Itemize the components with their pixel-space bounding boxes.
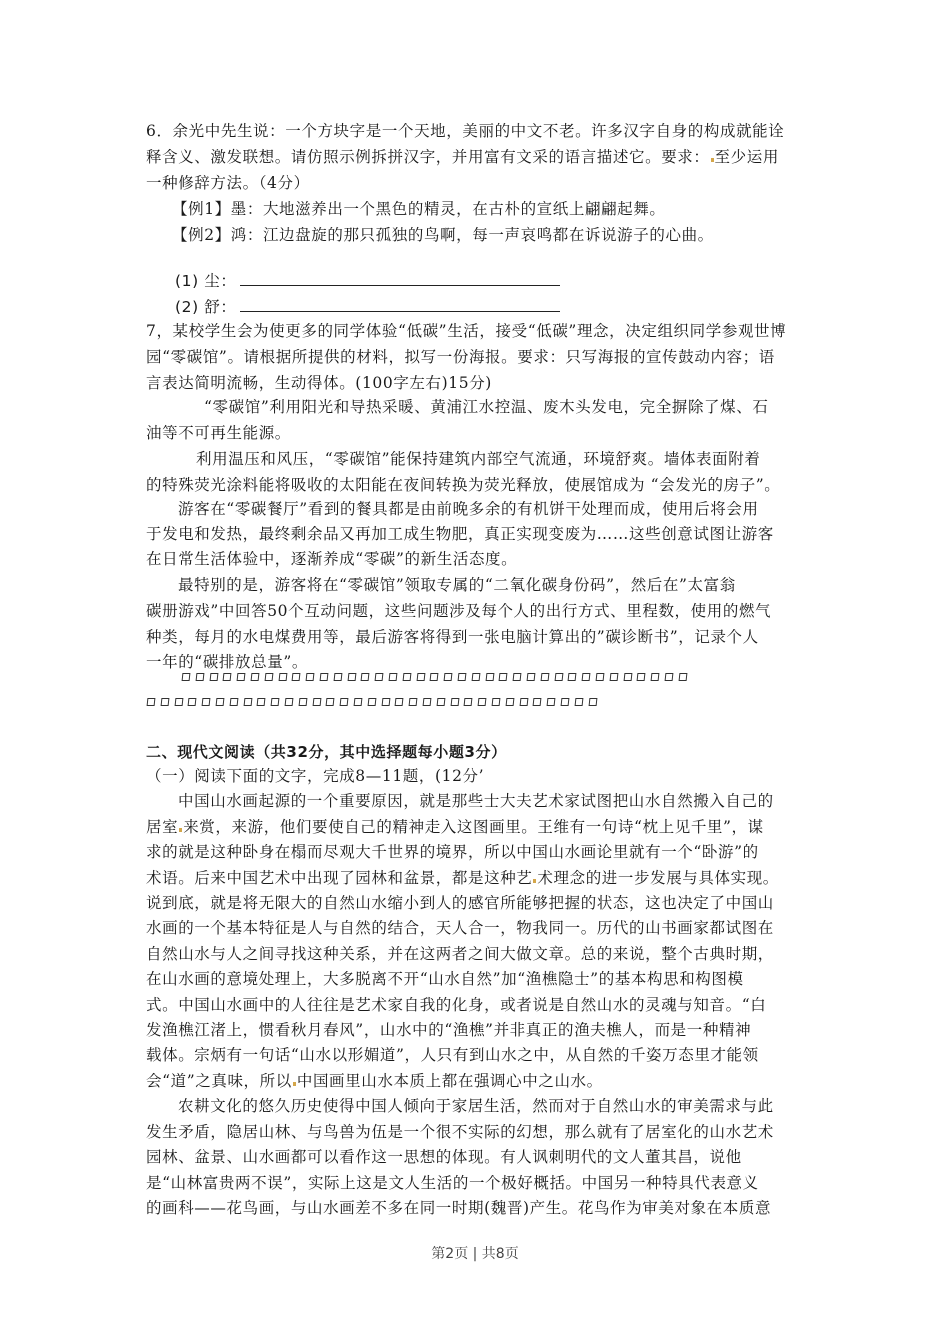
answer-box[interactable] — [637, 673, 646, 681]
q6-answer-2: (2) 舒： — [175, 295, 835, 319]
answer-box[interactable] — [416, 673, 425, 681]
answer-box[interactable] — [540, 673, 549, 681]
answer-box[interactable] — [147, 698, 156, 706]
answer-box[interactable] — [450, 698, 459, 706]
answer-box[interactable] — [651, 673, 660, 681]
q7-material-6: 于发电和发热，最终剩余品又再加工成生物肥，真正实现变废为……这些创意试图让游客 — [146, 522, 806, 546]
q6-line-2-text: 释含义、激发联想。请仿照示例拆拼汉字，并用富有文采的语言描述它。要求： — [146, 148, 710, 166]
page-footer: 第2页 | 共8页 — [0, 1243, 950, 1263]
answer-box[interactable] — [375, 673, 384, 681]
passage-line-12: 会“道”之真味，所以中国画里山水本质上都在强调心中之山水。 — [146, 1069, 806, 1093]
answer-box[interactable] — [271, 698, 280, 706]
answer-box[interactable] — [527, 673, 536, 681]
answer-box[interactable] — [574, 698, 583, 706]
passage-line-9: 式。中国山水画中的人往往是艺术家自我的化身，或者说是自然山水的灵魂与知音。“白 — [146, 993, 806, 1017]
q6-answer-2-blank[interactable] — [240, 297, 560, 312]
answer-box[interactable] — [182, 673, 191, 681]
answer-box[interactable] — [560, 698, 569, 706]
answer-box[interactable] — [444, 673, 453, 681]
answer-box[interactable] — [381, 698, 390, 706]
passage-line-6: 水画的一个基本特征是人与自然的结合，天人合一，物我同一。历代的山书画家都试图在 — [146, 916, 806, 940]
answer-box[interactable] — [188, 698, 197, 706]
passage-text: 术理念的进一步发展与具体实现。 — [537, 869, 779, 887]
passage-line-7: 自然山水与人之间寻找这种关系，并在这两者之间大做文章。总的来说，整个古典时期， — [146, 942, 806, 966]
answer-box[interactable] — [361, 673, 370, 681]
answer-box[interactable] — [285, 698, 294, 706]
passage-line-13: 农耕文化的悠久历史使得中国人倾向于家居生活，然而对于自然山水的审美需求与此 — [178, 1094, 838, 1118]
q7-material-8: 最特别的是，游客将在“零碳馆”领取专属的“二氧化碳身份码”，然后在”太富翁 — [178, 573, 838, 597]
answer-box[interactable] — [320, 673, 329, 681]
answer-box[interactable] — [312, 698, 321, 706]
answer-box[interactable] — [519, 698, 528, 706]
passage-text: 中国画里山水本质上都在强调心中之山水。 — [297, 1072, 603, 1090]
highlight-mark — [293, 1082, 296, 1086]
q7-line-3: 言表达简明流畅，生动得体。(100字左右)15分) — [146, 371, 806, 395]
passage-line-1: 中国山水画起源的一个重要原因，就是那些士大夫艺术家试图把山水自然搬入自己的 — [178, 789, 838, 813]
q7-material-3: 利用温压和风压，“零碳馆”能保持建筑内部空气流通，环境舒爽。墙体表面附着 — [196, 447, 856, 471]
q6-answer-1: (1) 尘： — [175, 269, 835, 293]
section-2-heading: 二、现代文阅读（共32分，其中选择题每小题3分） — [146, 740, 806, 764]
answer-box[interactable] — [326, 698, 335, 706]
q6-answer-1-label: (1) 尘： — [175, 272, 236, 290]
answer-box[interactable] — [513, 673, 522, 681]
answer-box[interactable] — [237, 673, 246, 681]
q7-material-1: “零碳馆”利用阳光和导热采暖、黄浦江水控温、废木头发电，完全摒除了煤、石 — [204, 395, 864, 419]
document-page: 6．余光中先生说：一个方块字是一个天地，美丽的中文不老。许多汉字自身的构成就能诠… — [0, 0, 950, 1344]
answer-box[interactable] — [229, 698, 238, 706]
q6-line-3: 一种修辞方法。（4分） — [146, 171, 806, 195]
answer-box[interactable] — [402, 673, 411, 681]
passage-text: 会“道”之真味，所以 — [146, 1072, 292, 1090]
answer-box[interactable] — [568, 673, 577, 681]
answer-box[interactable] — [582, 673, 591, 681]
answer-box[interactable] — [430, 673, 439, 681]
passage-line-10: 发渔樵江渚上，惯看秋月春风”，山水中的“渔樵”并非真正的渔夫樵人，而是一种精神 — [146, 1018, 806, 1042]
answer-box[interactable] — [505, 698, 514, 706]
answer-box[interactable] — [257, 698, 266, 706]
answer-box[interactable] — [264, 673, 273, 681]
answer-box[interactable] — [160, 698, 169, 706]
answer-box[interactable] — [664, 673, 673, 681]
passage-line-17: 的画科——花鸟画，与山水画差不多在同一时期(魏晋)产生。花鸟作为审美对象在本质意 — [146, 1196, 806, 1220]
answer-box[interactable] — [292, 673, 301, 681]
q7-material-5: 游客在“零碳餐厅”看到的餐具都是由前晚多余的有机饼干处理而成，使用后将会用 — [178, 497, 838, 521]
answer-box[interactable] — [251, 673, 260, 681]
answer-box[interactable] — [354, 698, 363, 706]
answer-box[interactable] — [202, 698, 211, 706]
section-2-subheading: （一）阅读下面的文字，完成8—11题，(12分’ — [146, 764, 806, 788]
passage-line-5: 说到底，就是将无限大的自然山水缩小到人的感官所能够把握的状态，这也决定了中国山 — [146, 891, 806, 915]
answer-box[interactable] — [554, 673, 563, 681]
answer-box[interactable] — [367, 698, 376, 706]
answer-box[interactable] — [547, 698, 556, 706]
answer-box[interactable] — [609, 673, 618, 681]
answer-box[interactable] — [499, 673, 508, 681]
answer-box[interactable] — [485, 673, 494, 681]
answer-box[interactable] — [533, 698, 542, 706]
answer-box[interactable] — [436, 698, 445, 706]
answer-box[interactable] — [478, 698, 487, 706]
answer-box[interactable] — [395, 698, 404, 706]
answer-box[interactable] — [458, 673, 467, 681]
q7-material-10: 种类，每月的水电煤费用等，最后游客将得到一张电脑计算出的”碳诊断书”，记录个人 — [146, 625, 806, 649]
passage-line-4: 术语。后来中国艺术中出现了园林和盆景，都是这种艺术理念的进一步发展与具体实现。 — [146, 866, 806, 890]
q7-line-1: 7，某校学生会为使更多的同学体验“低碳”生活，接受“低碳”理念，决定组织同学参观… — [146, 319, 806, 343]
answer-grid-row-1[interactable] — [182, 673, 687, 681]
q6-line-2: 释含义、激发联想。请仿照示例拆拼汉字，并用富有文采的语言描述它。要求：至少运用 — [146, 145, 806, 169]
answer-box[interactable] — [492, 698, 501, 706]
highlight-mark — [533, 879, 536, 883]
answer-box[interactable] — [195, 673, 204, 681]
q6-answer-2-label: (2) 舒： — [175, 298, 236, 316]
highlight-mark — [179, 828, 182, 832]
answer-box[interactable] — [409, 698, 418, 706]
q6-line-1: 6．余光中先生说：一个方块字是一个天地，美丽的中文不老。许多汉字自身的构成就能诠 — [146, 119, 806, 143]
passage-line-15: 园林、盆景、山水画都可以看作这一思想的体现。有人讽刺明代的文人董其昌，说他 — [146, 1145, 806, 1169]
answer-box[interactable] — [216, 698, 225, 706]
answer-box[interactable] — [278, 673, 287, 681]
answer-box[interactable] — [623, 673, 632, 681]
passage-text: 术语。后来中国艺术中出现了园林和盆景，都是这种艺 — [146, 869, 532, 887]
q7-line-2: 园“零碳馆”。请根据所提供的材料，拟写一份海报。要求：只写海报的宣传鼓动内容；语 — [146, 345, 806, 369]
answer-box[interactable] — [423, 698, 432, 706]
answer-box[interactable] — [209, 673, 218, 681]
q7-material-2: 油等不可再生能源。 — [146, 421, 806, 445]
answer-box[interactable] — [389, 673, 398, 681]
answer-box[interactable] — [678, 673, 687, 681]
answer-box[interactable] — [174, 698, 183, 706]
answer-box[interactable] — [298, 698, 307, 706]
highlight-mark — [711, 158, 714, 162]
answer-box[interactable] — [347, 673, 356, 681]
answer-box[interactable] — [243, 698, 252, 706]
passage-line-16: 是“山林富贵两不误”，实际上这是文人生活的一个极好概括。中国另一种特具代表意义 — [146, 1171, 806, 1195]
q6-example-1: 【例1】墨：大地滋养出一个黑色的精灵，在古朴的宣纸上翩翩起舞。 — [172, 197, 832, 221]
answer-box[interactable] — [588, 698, 597, 706]
answer-grid-row-2[interactable] — [147, 698, 597, 706]
q7-material-4: 的特殊荧光涂料能将吸收的太阳能在夜间转换为荧光释放，使展馆成为 “会发光的房子”… — [146, 473, 806, 497]
answer-box[interactable] — [223, 673, 232, 681]
passage-line-3: 求的就是这种卧身在榻而尽观大千世界的境界，所以中国山水画论里就有一个“卧游”的 — [146, 840, 806, 864]
passage-text: 居室 — [146, 818, 178, 836]
q7-material-9: 碳册游戏”中回答50个互动问题，这些问题涉及每个人的出行方式、里程数，使用的燃气 — [146, 599, 806, 623]
q6-example-2: 【例2】鸿：江边盘旋的那只孤独的鸟啊，每一声哀鸣都在诉说游子的心曲。 — [172, 223, 832, 247]
passage-line-14: 发生矛盾，隐居山林、与鸟兽为伍是一个很不实际的幻想，那么就有了居室化的山水艺术 — [146, 1120, 806, 1144]
answer-box[interactable] — [306, 673, 315, 681]
passage-line-8: 在山水画的意境处理上，大多脱离不开“山水自然”加“渔樵隐士”的基本构思和构图模 — [146, 967, 806, 991]
answer-box[interactable] — [595, 673, 604, 681]
answer-box[interactable] — [471, 673, 480, 681]
passage-line-2: 居室来赏，来游，他们要使自己的精神走入这图画里。王维有一句诗“枕上见千里”，谋 — [146, 815, 806, 839]
q6-line-2-end: 至少运用 — [715, 148, 779, 166]
q7-material-7: 在日常生活体验中，逐渐养成“零碳”的新生活态度。 — [146, 547, 806, 571]
passage-line-11: 载体。宗炳有一句话“山水以形媚道”，人只有到山水之中，从自然的千姿万态里才能领 — [146, 1043, 806, 1067]
q7-material-11: 一年的“碳排放总量”。 — [146, 650, 806, 674]
answer-box[interactable] — [340, 698, 349, 706]
answer-box[interactable] — [333, 673, 342, 681]
answer-box[interactable] — [464, 698, 473, 706]
q6-answer-1-blank[interactable] — [240, 271, 560, 286]
passage-text: 来赏，来游，他们要使自己的精神走入这图画里。王维有一句诗“枕上见千里”，谋 — [183, 818, 764, 836]
